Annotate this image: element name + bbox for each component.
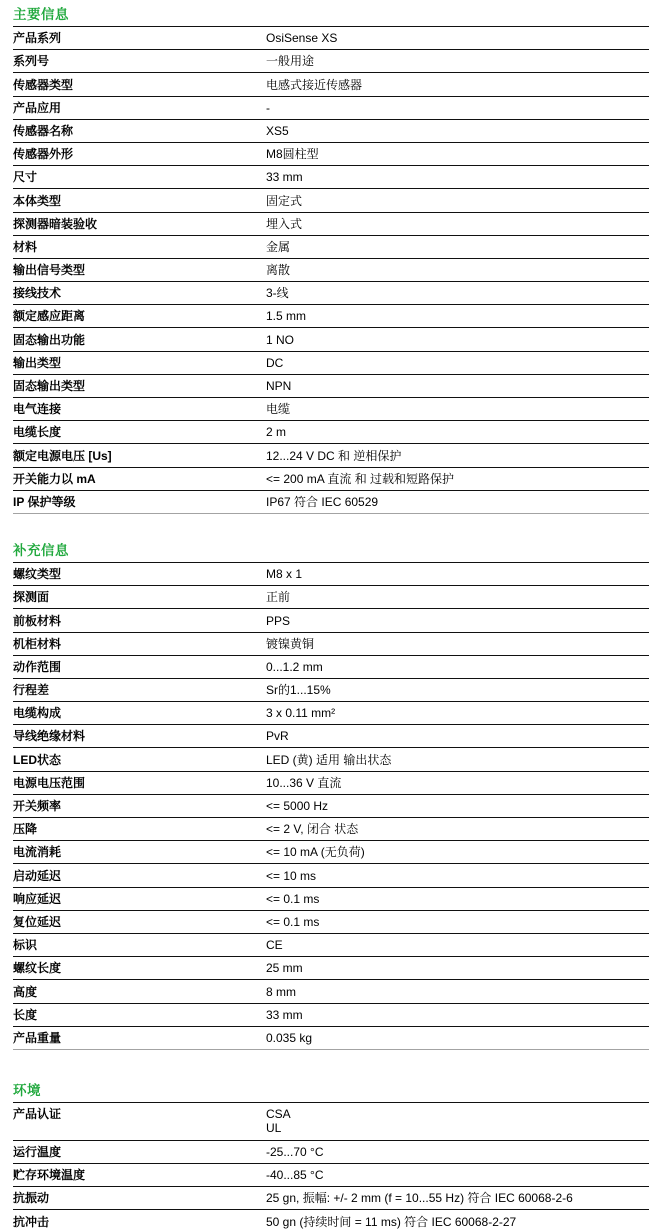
spec-section: 主要信息 产品系列 OsiSense XS 系列号 一般用途 传感器类型 电感式… — [13, 6, 649, 514]
spec-label: 螺纹长度 — [13, 961, 266, 975]
spec-row: 复位延迟 <= 0.1 ms — [13, 911, 649, 934]
spec-row: 材料 金属 — [13, 236, 649, 259]
spec-row: 高度 8 mm — [13, 980, 649, 1003]
spec-value: <= 10 ms — [266, 869, 649, 883]
spec-value: <= 0.1 ms — [266, 915, 649, 929]
spec-document: 主要信息 产品系列 OsiSense XS 系列号 一般用途 传感器类型 电感式… — [0, 0, 664, 1231]
spec-row: 产品重量 0.035 kg — [13, 1027, 649, 1050]
spec-label: 额定感应距离 — [13, 309, 266, 323]
spec-row: 传感器类型 电感式接近传感器 — [13, 73, 649, 96]
spec-label: IP 保护等级 — [13, 495, 266, 509]
spec-value: CSA UL — [266, 1107, 649, 1135]
spec-row: 传感器外形 M8圆柱型 — [13, 143, 649, 166]
spec-row: 压降 <= 2 V, 闭合 状态 — [13, 818, 649, 841]
spec-label: 电气连接 — [13, 402, 266, 416]
spec-row: 电源电压范围 10...36 V 直流 — [13, 772, 649, 795]
spec-label: 材料 — [13, 240, 266, 254]
spec-label: 前板材料 — [13, 614, 266, 628]
spec-row: 行程差 Sr的1...15% — [13, 679, 649, 702]
spec-label: 抗冲击 — [13, 1215, 266, 1229]
spec-label: 行程差 — [13, 683, 266, 697]
spec-row: 前板材料 PPS — [13, 609, 649, 632]
section-title: 补充信息 — [13, 542, 649, 563]
spec-value: 33 mm — [266, 1008, 649, 1022]
spec-label: 系列号 — [13, 54, 266, 68]
spec-label: 传感器类型 — [13, 78, 266, 92]
spec-row: 运行温度 -25...70 °C — [13, 1141, 649, 1164]
spec-value: <= 200 mA 直流 和 过载和短路保护 — [266, 472, 649, 486]
spec-row: 固态输出类型 NPN — [13, 375, 649, 398]
spec-value: <= 10 mA (无负荷) — [266, 845, 649, 859]
spec-value: CE — [266, 938, 649, 952]
spec-label: LED状态 — [13, 753, 266, 767]
spec-label: 螺纹类型 — [13, 567, 266, 581]
spec-row: 产品系列 OsiSense XS — [13, 27, 649, 50]
spec-label: 长度 — [13, 1008, 266, 1022]
spec-value: 固定式 — [266, 194, 649, 208]
spec-row: 电流消耗 <= 10 mA (无负荷) — [13, 841, 649, 864]
spec-row: IP 保护等级 IP67 符合 IEC 60529 — [13, 491, 649, 514]
spec-row: 抗冲击 50 gn (持续时间 = 11 ms) 符合 IEC 60068-2-… — [13, 1210, 649, 1231]
spec-label: 产品认证 — [13, 1107, 266, 1121]
spec-value: DC — [266, 356, 649, 370]
spec-label: 运行温度 — [13, 1145, 266, 1159]
spec-row: 抗振动 25 gn, 振幅: +/- 2 mm (f = 10...55 Hz)… — [13, 1187, 649, 1210]
spec-row: LED状态 LED (黄) 适用 输出状态 — [13, 748, 649, 771]
spec-value: 正前 — [266, 590, 649, 604]
spec-row: 输出类型 DC — [13, 352, 649, 375]
spec-label: 探测面 — [13, 590, 266, 604]
spec-label: 贮存环境温度 — [13, 1168, 266, 1182]
spec-value: XS5 — [266, 124, 649, 138]
spec-label: 开关能力以 mA — [13, 472, 266, 486]
spec-label: 输出信号类型 — [13, 263, 266, 277]
spec-label: 固态输出功能 — [13, 333, 266, 347]
spec-label: 传感器名称 — [13, 124, 266, 138]
spec-label: 启动延迟 — [13, 869, 266, 883]
spec-value: M8圆柱型 — [266, 147, 649, 161]
spec-row: 动作范围 0...1.2 mm — [13, 656, 649, 679]
spec-value: 10...36 V 直流 — [266, 776, 649, 790]
spec-label: 本体类型 — [13, 194, 266, 208]
spec-value: PPS — [266, 614, 649, 628]
spec-label: 产品系列 — [13, 31, 266, 45]
spec-label: 额定电源电压 [Us] — [13, 449, 266, 463]
spec-row: 电缆长度 2 m — [13, 421, 649, 444]
spec-row: 启动延迟 <= 10 ms — [13, 864, 649, 887]
spec-row: 长度 33 mm — [13, 1004, 649, 1027]
spec-row: 电气连接 电缆 — [13, 398, 649, 421]
spec-row: 接线技术 3-线 — [13, 282, 649, 305]
spec-value: PvR — [266, 729, 649, 743]
spec-value: 3-线 — [266, 286, 649, 300]
spec-label: 接线技术 — [13, 286, 266, 300]
spec-value: 50 gn (持续时间 = 11 ms) 符合 IEC 60068-2-27 — [266, 1215, 649, 1229]
spec-label: 电缆构成 — [13, 706, 266, 720]
spec-value: 12...24 V DC 和 逆相保护 — [266, 449, 649, 463]
spec-label: 抗振动 — [13, 1191, 266, 1205]
spec-label: 产品重量 — [13, 1031, 266, 1045]
spec-value: 1 NO — [266, 333, 649, 347]
spec-section: 补充信息 螺纹类型 M8 x 1 探测面 正前 前板材料 PPS 机柜材料 镀镍… — [13, 542, 649, 1050]
spec-label: 固态输出类型 — [13, 379, 266, 393]
spec-value: -40...85 °C — [266, 1168, 649, 1182]
spec-label: 电缆长度 — [13, 425, 266, 439]
spec-value: - — [266, 101, 649, 115]
spec-value: OsiSense XS — [266, 31, 649, 45]
spec-row: 贮存环境温度 -40...85 °C — [13, 1164, 649, 1187]
spec-value: Sr的1...15% — [266, 683, 649, 697]
spec-row: 尺寸 33 mm — [13, 166, 649, 189]
spec-row: 系列号 一般用途 — [13, 50, 649, 73]
spec-value: <= 5000 Hz — [266, 799, 649, 813]
section-title: 环境 — [13, 1082, 649, 1103]
spec-label: 输出类型 — [13, 356, 266, 370]
spec-section: 环境 产品认证 CSA UL 运行温度 -25...70 °C 贮存环境温度 -… — [13, 1082, 649, 1231]
spec-row: 机柜材料 镀镍黄铜 — [13, 633, 649, 656]
spec-value: 电感式接近传感器 — [266, 78, 649, 92]
spec-label: 复位延迟 — [13, 915, 266, 929]
section-rows: 产品系列 OsiSense XS 系列号 一般用途 传感器类型 电感式接近传感器… — [13, 27, 649, 514]
spec-row: 本体类型 固定式 — [13, 189, 649, 212]
spec-value: 0.035 kg — [266, 1031, 649, 1045]
spec-row: 产品应用 - — [13, 97, 649, 120]
spec-value: 埋入式 — [266, 217, 649, 231]
spec-row: 额定电源电压 [Us] 12...24 V DC 和 逆相保护 — [13, 444, 649, 467]
spec-value: 金属 — [266, 240, 649, 254]
spec-label: 响应延迟 — [13, 892, 266, 906]
spec-label: 机柜材料 — [13, 637, 266, 651]
spec-row: 输出信号类型 离散 — [13, 259, 649, 282]
spec-label: 高度 — [13, 985, 266, 999]
spec-label: 压降 — [13, 822, 266, 836]
spec-value: 2 m — [266, 425, 649, 439]
spec-row: 探测面 正前 — [13, 586, 649, 609]
spec-row: 电缆构成 3 x 0.11 mm² — [13, 702, 649, 725]
spec-label: 动作范围 — [13, 660, 266, 674]
spec-row: 产品认证 CSA UL — [13, 1103, 649, 1141]
spec-row: 固态输出功能 1 NO — [13, 328, 649, 351]
spec-row: 导线绝缘材料 PvR — [13, 725, 649, 748]
spec-value: <= 2 V, 闭合 状态 — [266, 822, 649, 836]
section-rows: 产品认证 CSA UL 运行温度 -25...70 °C 贮存环境温度 -40.… — [13, 1103, 649, 1231]
spec-label: 尺寸 — [13, 170, 266, 184]
spec-value: 25 mm — [266, 961, 649, 975]
spec-value: 一般用途 — [266, 54, 649, 68]
spec-row: 螺纹长度 25 mm — [13, 957, 649, 980]
spec-label: 开关频率 — [13, 799, 266, 813]
spec-label: 标识 — [13, 938, 266, 952]
spec-label: 电源电压范围 — [13, 776, 266, 790]
spec-row: 传感器名称 XS5 — [13, 120, 649, 143]
spec-value: 33 mm — [266, 170, 649, 184]
spec-row: 探测器暗装验收 埋入式 — [13, 213, 649, 236]
spec-row: 螺纹类型 M8 x 1 — [13, 563, 649, 586]
spec-value: 25 gn, 振幅: +/- 2 mm (f = 10...55 Hz) 符合 … — [266, 1191, 649, 1205]
spec-value: 8 mm — [266, 985, 649, 999]
section-rows: 螺纹类型 M8 x 1 探测面 正前 前板材料 PPS 机柜材料 镀镍黄铜 动作… — [13, 563, 649, 1050]
spec-row: 响应延迟 <= 0.1 ms — [13, 888, 649, 911]
spec-value: 3 x 0.11 mm² — [266, 706, 649, 720]
spec-value: LED (黄) 适用 输出状态 — [266, 753, 649, 767]
spec-value: <= 0.1 ms — [266, 892, 649, 906]
spec-value: 离散 — [266, 263, 649, 277]
section-title: 主要信息 — [13, 6, 649, 27]
spec-label: 导线绝缘材料 — [13, 729, 266, 743]
spec-row: 开关频率 <= 5000 Hz — [13, 795, 649, 818]
spec-value: 镀镍黄铜 — [266, 637, 649, 651]
spec-row: 标识 CE — [13, 934, 649, 957]
spec-value: NPN — [266, 379, 649, 393]
spec-value: 0...1.2 mm — [266, 660, 649, 674]
spec-row: 开关能力以 mA <= 200 mA 直流 和 过载和短路保护 — [13, 468, 649, 491]
spec-label: 探测器暗装验收 — [13, 217, 266, 231]
spec-value: 1.5 mm — [266, 309, 649, 323]
spec-value: -25...70 °C — [266, 1145, 649, 1159]
spec-value: 电缆 — [266, 402, 649, 416]
spec-label: 产品应用 — [13, 101, 266, 115]
spec-label: 传感器外形 — [13, 147, 266, 161]
spec-row: 额定感应距离 1.5 mm — [13, 305, 649, 328]
spec-value: IP67 符合 IEC 60529 — [266, 495, 649, 509]
spec-value: M8 x 1 — [266, 567, 649, 581]
spec-label: 电流消耗 — [13, 845, 266, 859]
